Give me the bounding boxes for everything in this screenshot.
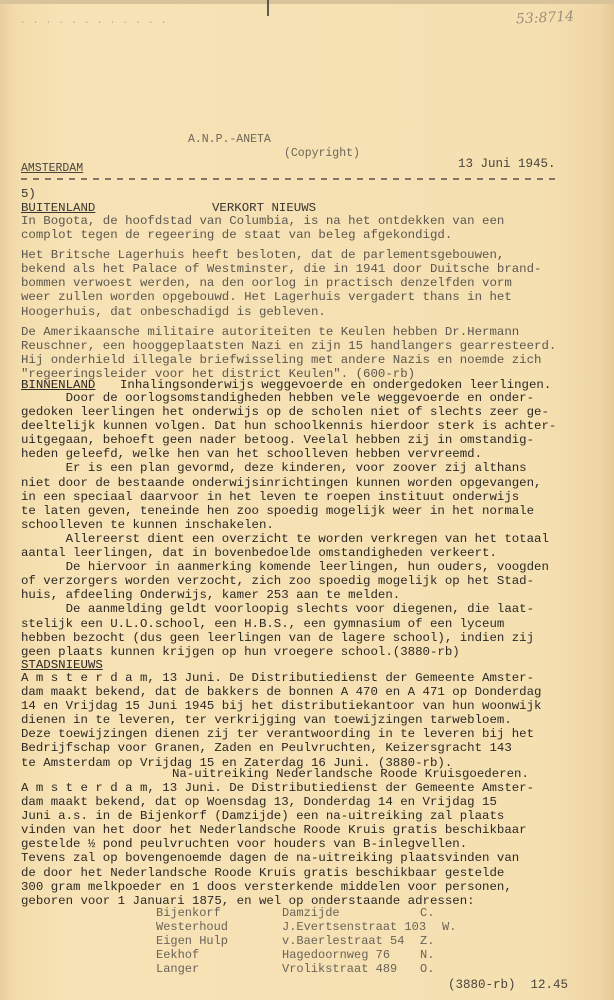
text-line: 14 en Vrijdag 15 Juni 1945 bij het distr… [21,699,591,713]
binnenland-title: Inhalingsonderwijs weggevoerde en onderg… [120,378,551,392]
text-line: Hij onderhield illegale briefwisseling m… [21,353,591,367]
dateline-date: 13 Juni 1945. [458,157,556,171]
address-name: Langer [156,962,199,976]
address-district: O. [420,962,434,976]
text-line: bommen verwoest werden, na den oorlog in… [21,276,591,290]
text-line: Allereerst dient een overzicht te worden… [21,532,591,546]
address-name: Westerhoud [156,920,228,934]
section-subtitle-verkort-nieuws: VERKORT NIEUWS [212,201,316,215]
text-line: Het Britsche Lagerhuis heeft besloten, d… [21,248,591,262]
staple-mark [267,0,269,16]
text-line: gedoken leerlingen het onderwijs op de s… [21,405,591,419]
text-line: gestelde ½ pond peulvruchten voor houder… [21,837,591,851]
text-line: Tevens zal op bovengenoemde dagen de na-… [21,851,591,865]
footer-code-time: (3880-rb) 12.45 [448,978,568,992]
dateline-city: AMSTERDAM [21,162,83,176]
text-line: deeltelijk kunnen volgen. Dat hun school… [21,419,591,433]
text-line: uitgegaan, behoeft geen nader betoog. Ve… [21,433,591,447]
address-district: Z. [420,934,434,948]
text-line: complot tegen de regeering de staat van … [21,228,591,242]
text-line: Reuschner, een hooggeplaatsten Nazi en z… [21,339,591,353]
copyright-note: (Copyright) [284,147,360,161]
text-line: of verzorgers worden verzocht, zich zoo … [21,574,591,588]
text-line: A m s t e r d a m, 13 Juni. De Distribut… [21,671,591,685]
text-line: niet door de bestaande onderwijsinrichti… [21,476,591,490]
text-line: vinden van het door het Nederlandsche Ro… [21,823,591,837]
faint-bleedthrough-text: . . . . . . . . . . . . [20,16,167,26]
text-line: De hiervoor in aanmerking komende leerli… [21,560,591,574]
text-line: dienen in te leveren, ter verkrijging va… [21,713,591,727]
section-label-stadsnieuws: STADSNIEUWS [21,658,103,672]
text-line: in een speciaal daarvoor in het leven te… [21,490,591,504]
stadsnieuws-item-2: A m s t e r d a m, 13 Juni. De Distribut… [21,781,591,908]
text-line: A m s t e r d a m, 13 Juni. De Distribut… [21,781,591,795]
address-street: v.Baerlestraat 54 [282,934,404,948]
address-street: Vrolikstraat 489 [282,962,397,976]
agency-name: A.N.P.-ANETA [188,133,271,147]
text-line: geen plaats kunnen krijgen op hun vroege… [21,645,591,659]
handwritten-archive-number: 53:8714 [516,8,575,27]
text-line: Bedrijfschap voor Granen, Zaden en Peulv… [21,741,591,755]
text-line: schoolleven te kunnen inschakelen. [21,518,591,532]
buitenland-body: In Bogota, de hoofdstad van Columbia, is… [21,214,591,381]
text-line: In Bogota, de hoofdstad van Columbia, is… [21,214,591,228]
text-line: stelijk een U.L.O.school, een H.B.S., ee… [21,617,591,631]
text-line: 300 gram melkpoeder en 1 doos versterken… [21,880,591,894]
text-line: aantal leerlingen, dat in bovenbedoelde … [21,546,591,560]
section-label-binnenland: BINNENLAND [21,378,95,392]
address-name: Eigen Hulp [156,934,228,948]
stadsnieuws-item-2-title: Na-uitreiking Nederlandsche Roode Kruisg… [172,767,529,781]
text-line: bekend als het Palace of Westminster, di… [21,262,591,276]
address-name: Eekhof [156,948,199,962]
text-line: huis, afdeeling Onderwijs, kamer 253 aan… [21,588,591,602]
text-line: dam maakt bekend, dat de bakkers de bonn… [21,685,591,699]
address-street: Hagedoornweg 76 [282,948,390,962]
text-line: Deze toewijzingen dienen zij ter verantw… [21,727,591,741]
text-line: Juni a.s. in de Bijenkorf (Damzijde) een… [21,809,591,823]
address-name: Bijenkorf [156,906,221,920]
address-district: N. [420,948,434,962]
stadsnieuws-item-1: A m s t e r d a m, 13 Juni. De Distribut… [21,671,591,770]
address-district: W. [442,920,456,934]
section-label-buitenland: BUITENLAND [21,201,95,215]
address-district: C. [420,906,434,920]
dashed-divider [21,178,556,180]
text-line: heden geleefd, welke hen van het schooll… [21,447,591,461]
text-line: hebben bezocht (dus geen leerlingen van … [21,631,591,645]
text-line: dam maakt bekend, dat op Woensdag 13, Do… [21,795,591,809]
scan-edge [0,0,614,4]
text-line: Hoogerhuis, dat onbeschadigd is gebleven… [21,305,591,319]
text-line: De aanmelding geldt voorloopig slechts v… [21,602,591,616]
text-line: De Amerikaansche militaire autoriteiten … [21,325,591,339]
binnenland-body: Door de oorlogsomstandigheden hebben vel… [21,391,591,659]
text-line: weer zullen worden opgebouwd. Het Lagerh… [21,290,591,304]
text-line: de door het Nederlandsche Roode Kruis gr… [21,866,591,880]
text-line: Er is een plan gevormd, deze kinderen, v… [21,461,591,475]
address-street: Damzijde [282,906,340,920]
text-line: Door de oorlogsomstandigheden hebben vel… [21,391,591,405]
item-number: 5) [21,187,36,201]
text-line: te laten geven, teneinde hen zoo spoedig… [21,504,591,518]
address-street: J.Evertsenstraat 103 [282,920,426,934]
